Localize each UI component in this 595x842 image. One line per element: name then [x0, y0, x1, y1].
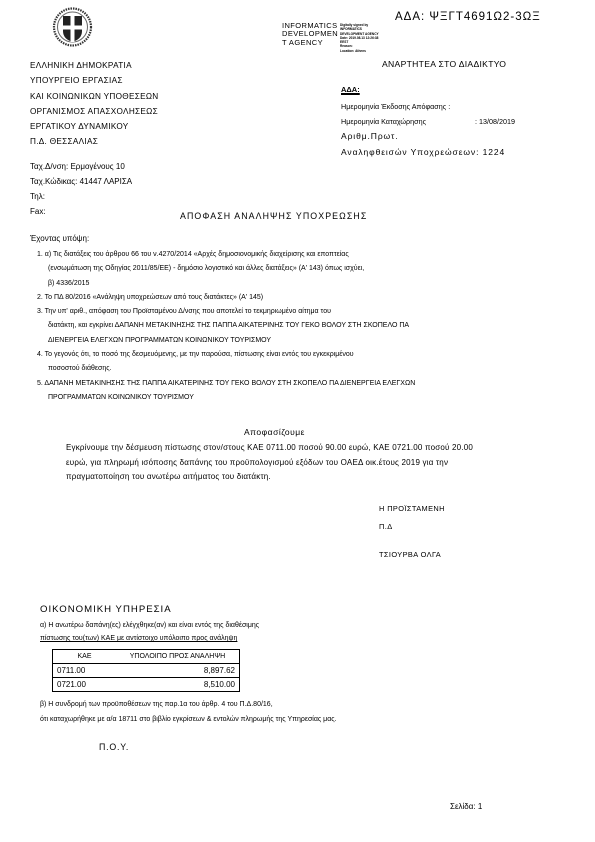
protocol-number: Αριθμ.Πρωτ.	[341, 129, 505, 145]
org-line: ΕΡΓΑΤΙΚΟΥ ΔΥΝΑΜΙΚΟΥ	[30, 119, 159, 134]
list-item: β) 4336/2015	[37, 277, 415, 291]
kae-balance-table: ΚΑΕ ΥΠΟΛΟΙΠΟ ΠΡΟΣ ΑΝΑΛΗΨΗ 0711.00 8,897.…	[52, 649, 240, 692]
table-row: 0711.00 8,897.62	[53, 664, 240, 678]
fax: Fax:	[30, 204, 132, 219]
issue-date-label: Ημερομηνία Έκδοσης Απόφασης :	[341, 102, 450, 111]
list-item: (ενσωμάτωση της Οδηγίας 2011/85/ΕΕ) - δη…	[37, 262, 415, 276]
publish-notice: ΑΝΑΡΤΗΤΕΑ ΣΤΟ ΔΙΑΔΙΚΤΥΟ	[382, 59, 506, 69]
finance-signoff: Π.Ο.Υ.	[99, 742, 129, 752]
signer-unit: Π.Δ	[379, 518, 445, 536]
street-address: Ταχ.Δ/νση: Ερμογένους 10	[30, 159, 132, 174]
balance-value: 8,510.00	[116, 678, 240, 692]
list-item: 1. α) Τις διατάξεις του άρθρου 66 του ν.…	[37, 248, 415, 262]
org-line: ΥΠΟΥΡΓΕΙΟ ΕΡΓΑΣΙΑΣ	[30, 73, 159, 88]
finance-statement-a: α) Η ανωτέρω δαπάνη(ες) ελέγχθηκε(αν) κα…	[40, 619, 259, 645]
agency-line: T AGENCY	[282, 39, 338, 47]
decision-heading: Αποφασίζουμε	[244, 427, 305, 437]
org-line: Π.Δ. ΘΕΣΣΑΛΙΑΣ	[30, 134, 159, 149]
list-item: 4. Το γεγονός ότι, το ποσό της δεσμευόμε…	[37, 348, 415, 362]
paragraph-line: πραγματοποίηση του ανωτέρω αιτήματος του…	[66, 470, 473, 485]
paragraph-line: Εγκρίνουμε την δέσμευση πίστωσης στον/στ…	[66, 441, 473, 456]
registration-date-value: : 13/08/2019	[475, 114, 515, 129]
table-row: 0721.00 8,510.00	[53, 678, 240, 692]
paragraph-line: ευρώ, για πληρωμή ισόποσης δαπάνης του π…	[66, 456, 473, 471]
list-item: ποσοστού διάθεσης.	[37, 362, 415, 376]
registration-date: Ημερομηνία Καταχώρησης : 13/08/2019	[341, 114, 505, 129]
list-item: ΠΡΟΓΡΑΜΜΑΤΩΝ ΚΟΙΝΩΝΙΚΟΥ ΤΟΥΡΙΣΜΟΥ	[37, 391, 415, 405]
kae-code: 0711.00	[53, 664, 117, 678]
statement-line: α) Η ανωτέρω δαπάνη(ες) ελέγχθηκε(αν) κα…	[40, 619, 259, 632]
ada-label: ΑΔΑ:	[341, 83, 505, 99]
list-item: 2. Το ΠΔ 80/2016 «Ανάληψη υποχρεώσεων απ…	[37, 291, 415, 305]
signer-name: ΤΣΙΟΥΡΒΑ ΟΛΓΑ	[379, 546, 445, 564]
hellenic-emblem-icon	[50, 7, 95, 47]
digital-signature-block: Digitally signed by INFORMATICS DEVELOPM…	[340, 23, 379, 53]
statement-line: β) Η συνδρομή των προϋποθέσεων της παρ.1…	[40, 697, 337, 712]
ada-code: ΑΔΑ: ΨΞΓΤ4691Ω2-3ΩΞ	[395, 11, 541, 23]
informatics-agency-label: INFORMATICS DEVELOPMEN T AGENCY	[282, 22, 338, 47]
signature-block: Η ΠΡΟΪΣΤΑΜΕΝΗ Π.Δ ΤΣΙΟΥΡΒΑ ΟΛΓΑ	[379, 500, 445, 564]
table-header-row: ΚΑΕ ΥΠΟΛΟΙΠΟ ΠΡΟΣ ΑΝΑΛΗΨΗ	[53, 650, 240, 664]
balance-value: 8,897.62	[116, 664, 240, 678]
statement-line: ότι καταχωρήθηκε με α/α 18711 στο βιβλίο…	[40, 712, 337, 727]
page-number: Σελίδα: 1	[450, 802, 482, 811]
issue-date: Ημερομηνία Έκδοσης Απόφασης :	[341, 99, 505, 114]
list-item: διατάκτη, και εγκρίνει ΔΑΠΑΝΗ ΜΕΤΑΚΙΝΗΣΗ…	[37, 319, 415, 333]
org-line: ΕΛΛΗΝΙΚΗ ΔΗΜΟΚΡΑΤΙΑ	[30, 58, 159, 73]
signer-role: Η ΠΡΟΪΣΤΑΜΕΝΗ	[379, 500, 445, 518]
column-header-balance: ΥΠΟΛΟΙΠΟ ΠΡΟΣ ΑΝΑΛΗΨΗ	[116, 650, 240, 664]
postal-code: Ταχ.Κώδικας: 41447 ΛΑΡΙΣΑ	[30, 174, 132, 189]
commitment-number: Αναληφθεισών Υποχρεώσεων: 1224	[341, 145, 505, 161]
signature-line: Location: Athens	[340, 49, 379, 53]
finance-statement-b: β) Η συνδρομή των προϋποθέσεων της παρ.1…	[40, 697, 337, 727]
org-line: ΚΑΙ ΚΟΙΝΩΝΙΚΩΝ ΥΠΟΘΕΣΕΩΝ	[30, 89, 159, 104]
organization-header: ΕΛΛΗΝΙΚΗ ΔΗΜΟΚΡΑΤΙΑ ΥΠΟΥΡΓΕΙΟ ΕΡΓΑΣΙΑΣ Κ…	[30, 58, 159, 150]
finance-heading: ΟΙΚΟΝΟΜΙΚΗ ΥΠΗΡΕΣΙΑ	[40, 604, 172, 615]
phone: Τηλ:	[30, 189, 132, 204]
list-item: 5. ΔΑΠΑΝΗ ΜΕΤΑΚΙΝΗΣΗΣ ΤΗΣ ΠΑΠΠΑ ΑΙΚΑΤΕΡΙ…	[37, 377, 415, 391]
spacer	[379, 535, 445, 546]
registration-date-label: Ημερομηνία Καταχώρησης	[341, 117, 426, 126]
kae-code: 0721.00	[53, 678, 117, 692]
column-header-kae: ΚΑΕ	[53, 650, 117, 664]
list-item: 3. Την υπ' αριθ., απόφαση του Προϊσταμέν…	[37, 305, 415, 319]
statement-line: πίστωσης του(των) ΚΑΕ με αντίστοιχο υπόλ…	[40, 632, 259, 645]
decision-metadata: ΑΔΑ: Ημερομηνία Έκδοσης Απόφασης : Ημερο…	[341, 83, 505, 160]
address-block: Ταχ.Δ/νση: Ερμογένους 10 Ταχ.Κώδικας: 41…	[30, 159, 132, 219]
decision-paragraph: Εγκρίνουμε την δέσμευση πίστωσης στον/στ…	[66, 441, 473, 485]
org-line: ΟΡΓΑΝΙΣΜΟΣ ΑΠΑΣΧΟΛΗΣΕΩΣ	[30, 104, 159, 119]
document-title: ΑΠΟΦΑΣΗ ΑΝΑΛΗΨΗΣ ΥΠΟΧΡΕΩΣΗΣ	[180, 211, 367, 221]
list-item: ΔΙΕΝΕΡΓΕΙΑ ΕΛΕΓΧΩΝ ΠΡΟΓΡΑΜΜΑΤΩΝ ΚΟΙΝΩΝΙΚ…	[37, 334, 415, 348]
having-regard-heading: Έχοντας υπόψη:	[30, 234, 89, 243]
considerations-list: 1. α) Τις διατάξεις του άρθρου 66 του ν.…	[37, 248, 415, 405]
